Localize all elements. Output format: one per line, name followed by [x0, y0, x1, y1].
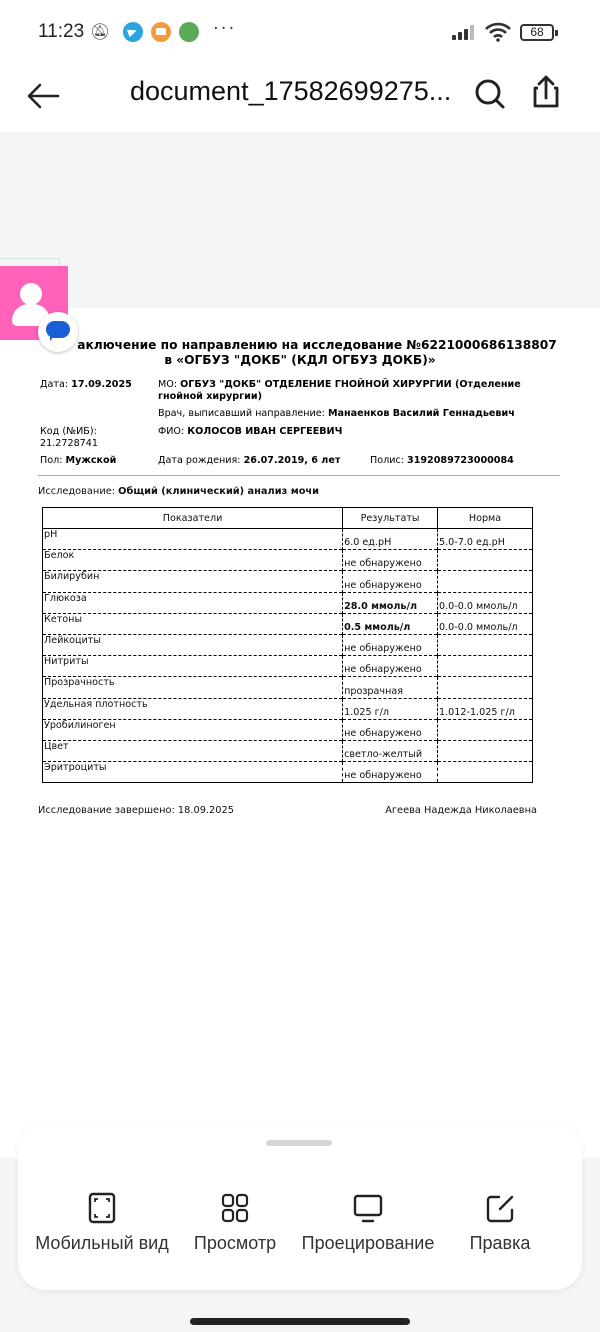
- norm-cell: 0.0-0.0 ммоль/л: [438, 613, 533, 634]
- table-row: Кетоны0.5 ммоль/л0.0-0.0 ммоль/л: [43, 613, 533, 634]
- results-table: Показатели Результаты Норма pH6.0 ед.pH5…: [42, 507, 533, 783]
- table-header-row: Показатели Результаты Норма: [43, 508, 533, 529]
- table-row: Прозрачностьпрозрачная: [43, 677, 533, 698]
- indicator-cell: Эритроциты: [43, 762, 343, 783]
- indicator-cell: Прозрачность: [43, 677, 343, 698]
- signal-icon: [452, 24, 478, 40]
- table-row: pH6.0 ед.pH5.0-7.0 ед.pH: [43, 529, 533, 550]
- wifi-icon: [485, 22, 511, 42]
- date-field: Дата: 17.09.2025: [40, 379, 132, 391]
- result-cell: не обнаружено: [343, 719, 438, 740]
- result-cell: не обнаружено: [343, 571, 438, 592]
- status-time: 11:23: [38, 21, 84, 43]
- table-row: Удельная плотность1.025 г/л1.012-1.025 г…: [43, 698, 533, 719]
- heading-line-2: в «ОГБУЗ "ДОКБ" (КДЛ ОГБУЗ ДОКБ)»: [164, 353, 435, 367]
- column-header: Результаты: [343, 508, 438, 529]
- result-cell: 6.0 ед.pH: [343, 529, 438, 550]
- norm-cell: [438, 634, 533, 655]
- battery-indicator: 68: [520, 24, 554, 41]
- doctor-field: Врач, выписавший направление: Манаенков …: [158, 408, 515, 420]
- edit-label: Правка: [470, 1233, 531, 1253]
- fio-field: ФИО: КОЛОСОВ ИВАН СЕРГЕЕВИЧ: [158, 426, 342, 438]
- table-row: Нитритыне обнаружено: [43, 656, 533, 677]
- status-bar: 11:23 🔕︎ ··· 68: [0, 0, 600, 64]
- indicator-cell: Цвет: [43, 740, 343, 761]
- norm-cell: 0.0-0.0 ммоль/л: [438, 592, 533, 613]
- bottom-sheet: Мобильный вид Просмотр Проецирование Пра…: [18, 1124, 582, 1290]
- code-field: Код (№ИБ): 21.2728741: [40, 426, 98, 450]
- table-row: Белокне обнаружено: [43, 550, 533, 571]
- more-notifications-icon: ···: [213, 18, 236, 39]
- norm-cell: [438, 762, 533, 783]
- indicator-cell: Кетоны: [43, 613, 343, 634]
- edit-icon: [485, 1192, 515, 1224]
- mail-icon: [151, 22, 171, 42]
- preview-label: Просмотр: [194, 1233, 276, 1253]
- share-icon[interactable]: [526, 72, 566, 112]
- indicator-cell: Удельная плотность: [43, 698, 343, 719]
- column-header: Показатели: [43, 508, 343, 529]
- result-cell: 1.025 г/л: [343, 698, 438, 719]
- policy-field: Полис: 3192089723000084: [370, 455, 514, 467]
- result-cell: не обнаружено: [343, 550, 438, 571]
- norm-cell: 1.012-1.025 г/л: [438, 698, 533, 719]
- projection-label: Проецирование: [302, 1233, 435, 1253]
- norm-cell: [438, 571, 533, 592]
- birth-date-field: Дата рождения: 26.07.2019, 6 лет: [158, 455, 340, 467]
- projection-button[interactable]: Проецирование: [298, 1192, 438, 1254]
- sheet-drag-handle[interactable]: [266, 1140, 332, 1146]
- signer-name: Агеева Надежда Николаевна: [385, 805, 537, 816]
- grid-view-icon: [220, 1192, 250, 1224]
- indicator-cell: pH: [43, 529, 343, 550]
- indicator-cell: Белок: [43, 550, 343, 571]
- table-row: Глюкоза28.0 ммоль/л0.0-0.0 ммоль/л: [43, 592, 533, 613]
- chat-head-frame: [0, 258, 60, 266]
- indicator-cell: Лейкоциты: [43, 634, 343, 655]
- table-row: Лейкоцитыне обнаружено: [43, 634, 533, 655]
- divider: [38, 475, 560, 476]
- app-bar: document_17582699275...: [0, 64, 600, 132]
- indicator-cell: Билирубин: [43, 571, 343, 592]
- result-cell: светло-желтый: [343, 740, 438, 761]
- indicator-cell: Глюкоза: [43, 592, 343, 613]
- floating-chat-head[interactable]: [0, 266, 70, 340]
- mobile-view-button[interactable]: Мобильный вид: [32, 1192, 172, 1254]
- indicator-cell: Уробилиноген: [43, 719, 343, 740]
- person-icon: [20, 283, 42, 305]
- result-cell: не обнаружено: [343, 656, 438, 677]
- mobile-view-label: Мобильный вид: [35, 1233, 169, 1253]
- heading-line-1: аключение по направлению на исследование…: [20, 338, 580, 353]
- result-cell: 28.0 ммоль/л: [343, 592, 438, 613]
- column-header: Норма: [438, 508, 533, 529]
- telegram-icon: [123, 22, 143, 42]
- indicator-cell: Нитриты: [43, 656, 343, 677]
- preview-button[interactable]: Просмотр: [165, 1192, 305, 1254]
- norm-cell: [438, 740, 533, 761]
- result-cell: прозрачная: [343, 677, 438, 698]
- mo-field: МО: ОГБУЗ "ДОКБ" ОТДЕЛЕНИЕ ГНОЙНОЙ ХИРУР…: [158, 379, 538, 403]
- sex-field: Пол: Мужской: [40, 455, 116, 467]
- home-indicator[interactable]: [190, 1318, 410, 1325]
- document-title: document_17582699275...: [130, 76, 451, 107]
- document-heading: аключение по направлению на исследование…: [20, 338, 580, 368]
- monitor-icon: [352, 1192, 384, 1224]
- mute-icon: 🔕︎: [90, 22, 110, 42]
- crocodile-app-icon: [179, 22, 199, 42]
- result-cell: 0.5 ммоль/л: [343, 613, 438, 634]
- table-row: Билирубинне обнаружено: [43, 571, 533, 592]
- table-row: Цветсветло-желтый: [43, 740, 533, 761]
- norm-cell: 5.0-7.0 ед.pH: [438, 529, 533, 550]
- norm-cell: [438, 656, 533, 677]
- norm-cell: [438, 719, 533, 740]
- result-cell: не обнаружено: [343, 762, 438, 783]
- result-cell: не обнаружено: [343, 634, 438, 655]
- norm-cell: [438, 677, 533, 698]
- search-icon[interactable]: [470, 74, 510, 114]
- norm-cell: [438, 550, 533, 571]
- study-field: Исследование: Общий (клинический) анализ…: [38, 486, 319, 497]
- messages-bubble-icon: [38, 312, 78, 352]
- edit-button[interactable]: Правка: [430, 1192, 570, 1254]
- mobile-view-icon: [87, 1192, 117, 1224]
- completed-date: Исследование завершено: 18.09.2025: [38, 805, 234, 816]
- back-arrow-icon[interactable]: [22, 74, 66, 118]
- table-row: Эритроцитыне обнаружено: [43, 762, 533, 783]
- table-row: Уробилиногенне обнаружено: [43, 719, 533, 740]
